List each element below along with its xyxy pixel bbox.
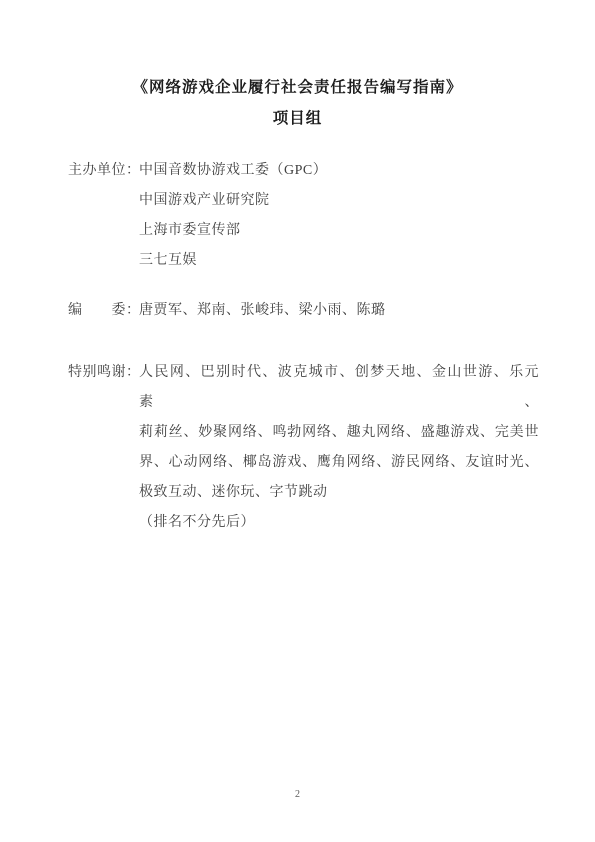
editorial-board-label: 编 委：: [68, 296, 139, 326]
acknowledgements-list: 人民网、巴别时代、波克城市、创梦天地、金山世游、乐元素、 莉莉丝、妙聚网络、鸣勃…: [139, 358, 539, 538]
acknowledgements-line: 界、心动网络、椰岛游戏、鹰角网络、游民网络、友谊时光、: [139, 448, 539, 478]
organizer-item: 中国音数协游戏工委（GPC）: [139, 156, 539, 186]
organizer-item: 上海市委宣传部: [139, 216, 539, 246]
document-title: 《网络游戏企业履行社会责任报告编写指南》 项目组: [0, 72, 595, 134]
title-line-1: 《网络游戏企业履行社会责任报告编写指南》: [0, 72, 595, 103]
organizer-item: 三七互娱: [139, 246, 539, 276]
acknowledgements-line: 人民网、巴别时代、波克城市、创梦天地、金山世游、乐元素、: [139, 358, 539, 418]
document-body: 主办单位： 中国音数协游戏工委（GPC） 中国游戏产业研究院 上海市委宣传部 三…: [68, 156, 540, 538]
organizers-label: 主办单位：: [68, 156, 139, 186]
organizer-item: 中国游戏产业研究院: [139, 186, 539, 216]
acknowledgements-line: 莉莉丝、妙聚网络、鸣勃网络、趣丸网络、盛趣游戏、完美世: [139, 418, 539, 448]
organizers-section: 主办单位： 中国音数协游戏工委（GPC） 中国游戏产业研究院 上海市委宣传部 三…: [68, 156, 540, 276]
acknowledgements-label: 特别鸣谢：: [68, 358, 139, 388]
document-page: 《网络游戏企业履行社会责任报告编写指南》 项目组 主办单位： 中国音数协游戏工委…: [0, 0, 595, 842]
title-line-2: 项目组: [0, 103, 595, 134]
page-number: 2: [0, 788, 595, 802]
editorial-board-section: 编 委： 唐贾军、郑南、张峻玮、梁小雨、陈璐: [68, 296, 540, 326]
acknowledgements-line: 极致互动、迷你玩、字节跳动: [139, 478, 539, 508]
organizers-list: 中国音数协游戏工委（GPC） 中国游戏产业研究院 上海市委宣传部 三七互娱: [139, 156, 539, 276]
editorial-board-members: 唐贾军、郑南、张峻玮、梁小雨、陈璐: [139, 296, 539, 326]
acknowledgements-section: 特别鸣谢： 人民网、巴别时代、波克城市、创梦天地、金山世游、乐元素、 莉莉丝、妙…: [68, 358, 540, 538]
acknowledgements-note: （排名不分先后）: [139, 508, 539, 538]
